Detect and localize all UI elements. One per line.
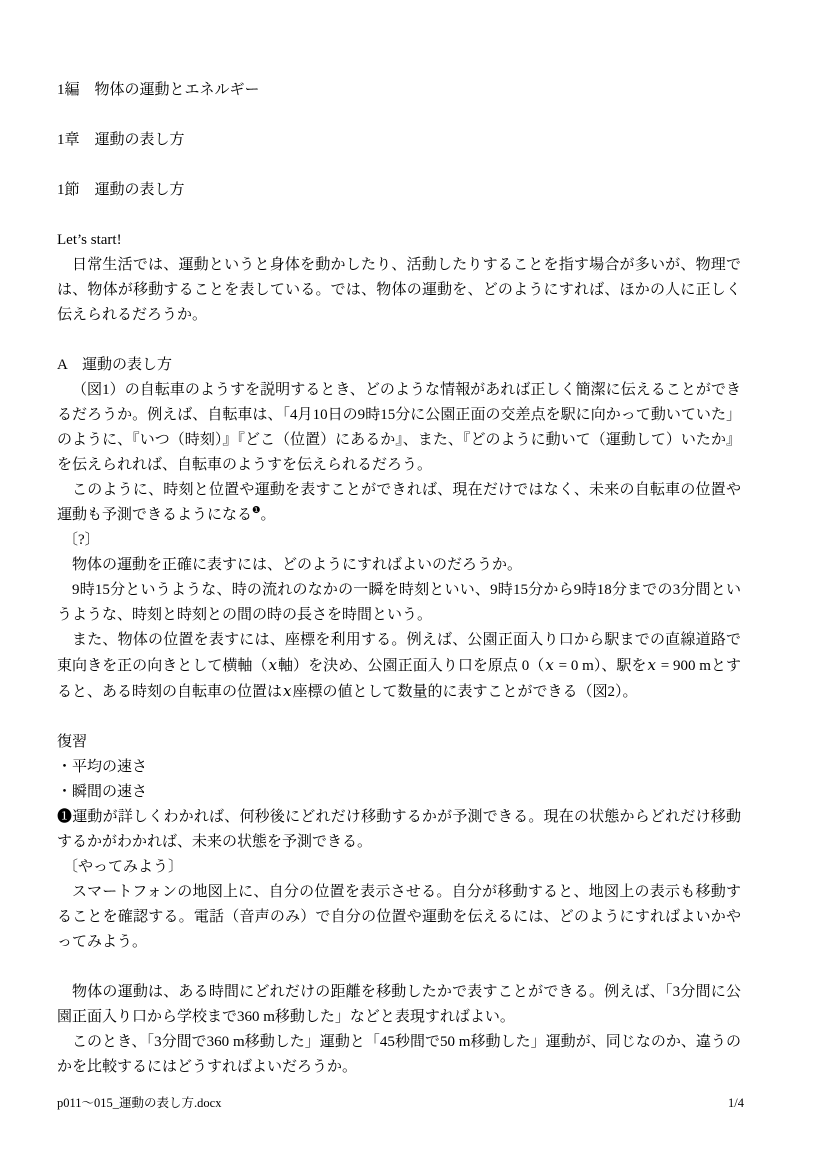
footer-filename: p011～015_運動の表し方.docx [57, 1093, 221, 1113]
time-definition-paragraph: 9時15分というような、時の流れのなかの一瞬を時刻といい、9時15分から9時18… [57, 578, 741, 628]
document-page: 1編 物体の運動とエネルギー 1章 運動の表し方 1節 運動の表し方 Let’s… [0, 0, 826, 1169]
document-body: 1編 物体の運動とエネルギー 1章 運動の表し方 1節 運動の表し方 Let’s… [57, 78, 741, 1080]
footnote-paragraph: ❶運動が詳しくわかれば、何秒後にどれだけ移動するかが予測できる。現在の状態からど… [57, 805, 741, 855]
prediction-text: このように、時刻と位置や運動を表すことができれば、現在だけではなく、未来の自転車… [57, 482, 741, 523]
review-item-average-speed: ・平均の速さ [57, 755, 741, 780]
blank-line [57, 705, 741, 730]
prediction-paragraph: このように、時刻と位置や運動を表すことができれば、現在だけではなく、未来の自転車… [57, 478, 741, 528]
figure1-paragraph: （図1）の自転車のようすを説明するとき、どのような情報があれば正しく簡潔に伝える… [57, 378, 741, 478]
review-item-instant-speed: ・瞬間の速さ [57, 780, 741, 805]
question-label: 〔?〕 [57, 528, 741, 553]
footer-page-number: 1/4 [728, 1093, 744, 1113]
blank-line [57, 153, 741, 178]
lets-start-label: Let’s start! [57, 228, 741, 253]
footnote-marker: ❶ [57, 809, 72, 825]
prediction-period: 。 [261, 507, 276, 523]
math-x-axis: x [268, 656, 278, 674]
math-x-coordinate: x [282, 682, 292, 700]
coordinate-run: 軸）を決め、公園正面入り口を原点 0（ [278, 658, 544, 674]
review-heading: 復習 [57, 730, 741, 755]
chapter-heading: 1章 運動の表し方 [57, 128, 741, 153]
blank-line [57, 955, 741, 980]
footnote-text: 運動が詳しくわかれば、何秒後にどれだけ移動するかが予測できる。現在の状態からどれ… [57, 809, 741, 850]
math-x-station: x [646, 656, 656, 674]
try-paragraph: スマートフォンの地図上に、自分の位置を表示させる。自分が移動すると、地図上の表示… [57, 880, 741, 955]
blank-line [57, 328, 741, 353]
section-heading: 1節 運動の表し方 [57, 178, 741, 203]
coordinate-paragraph: また、物体の位置を表すには、座標を利用する。例えば、公園正面入り口から駅までの直… [57, 628, 741, 705]
distance-paragraph: 物体の運動は、ある時間にどれだけの距離を移動したかで表すことができる。例えば、「… [57, 980, 741, 1030]
footnote-ref: ❶ [252, 506, 261, 516]
math-x-origin: x [544, 656, 554, 674]
part-heading: 1編 物体の運動とエネルギー [57, 78, 741, 103]
blank-line [57, 103, 741, 128]
compare-paragraph: このとき、「3分間で360 m移動した」運動と「45秒間で50 m移動した」運動… [57, 1030, 741, 1080]
section-a-heading: A 運動の表し方 [57, 353, 741, 378]
coordinate-run: = 0 m）、駅を [555, 658, 647, 674]
coordinate-run: 座標の値として数量的に表すことができる（図2）。 [292, 684, 637, 700]
intro-paragraph: 日常生活では、運動というと身体を動かしたり、活動したりすることを指す場合が多いが… [57, 253, 741, 328]
question-text: 物体の運動を正確に表すには、どのようにすればよいのだろうか。 [57, 553, 741, 578]
try-label: 〔やってみよう〕 [57, 855, 741, 880]
page-footer: p011～015_運動の表し方.docx 1/4 [57, 1093, 744, 1113]
blank-line [57, 203, 741, 228]
